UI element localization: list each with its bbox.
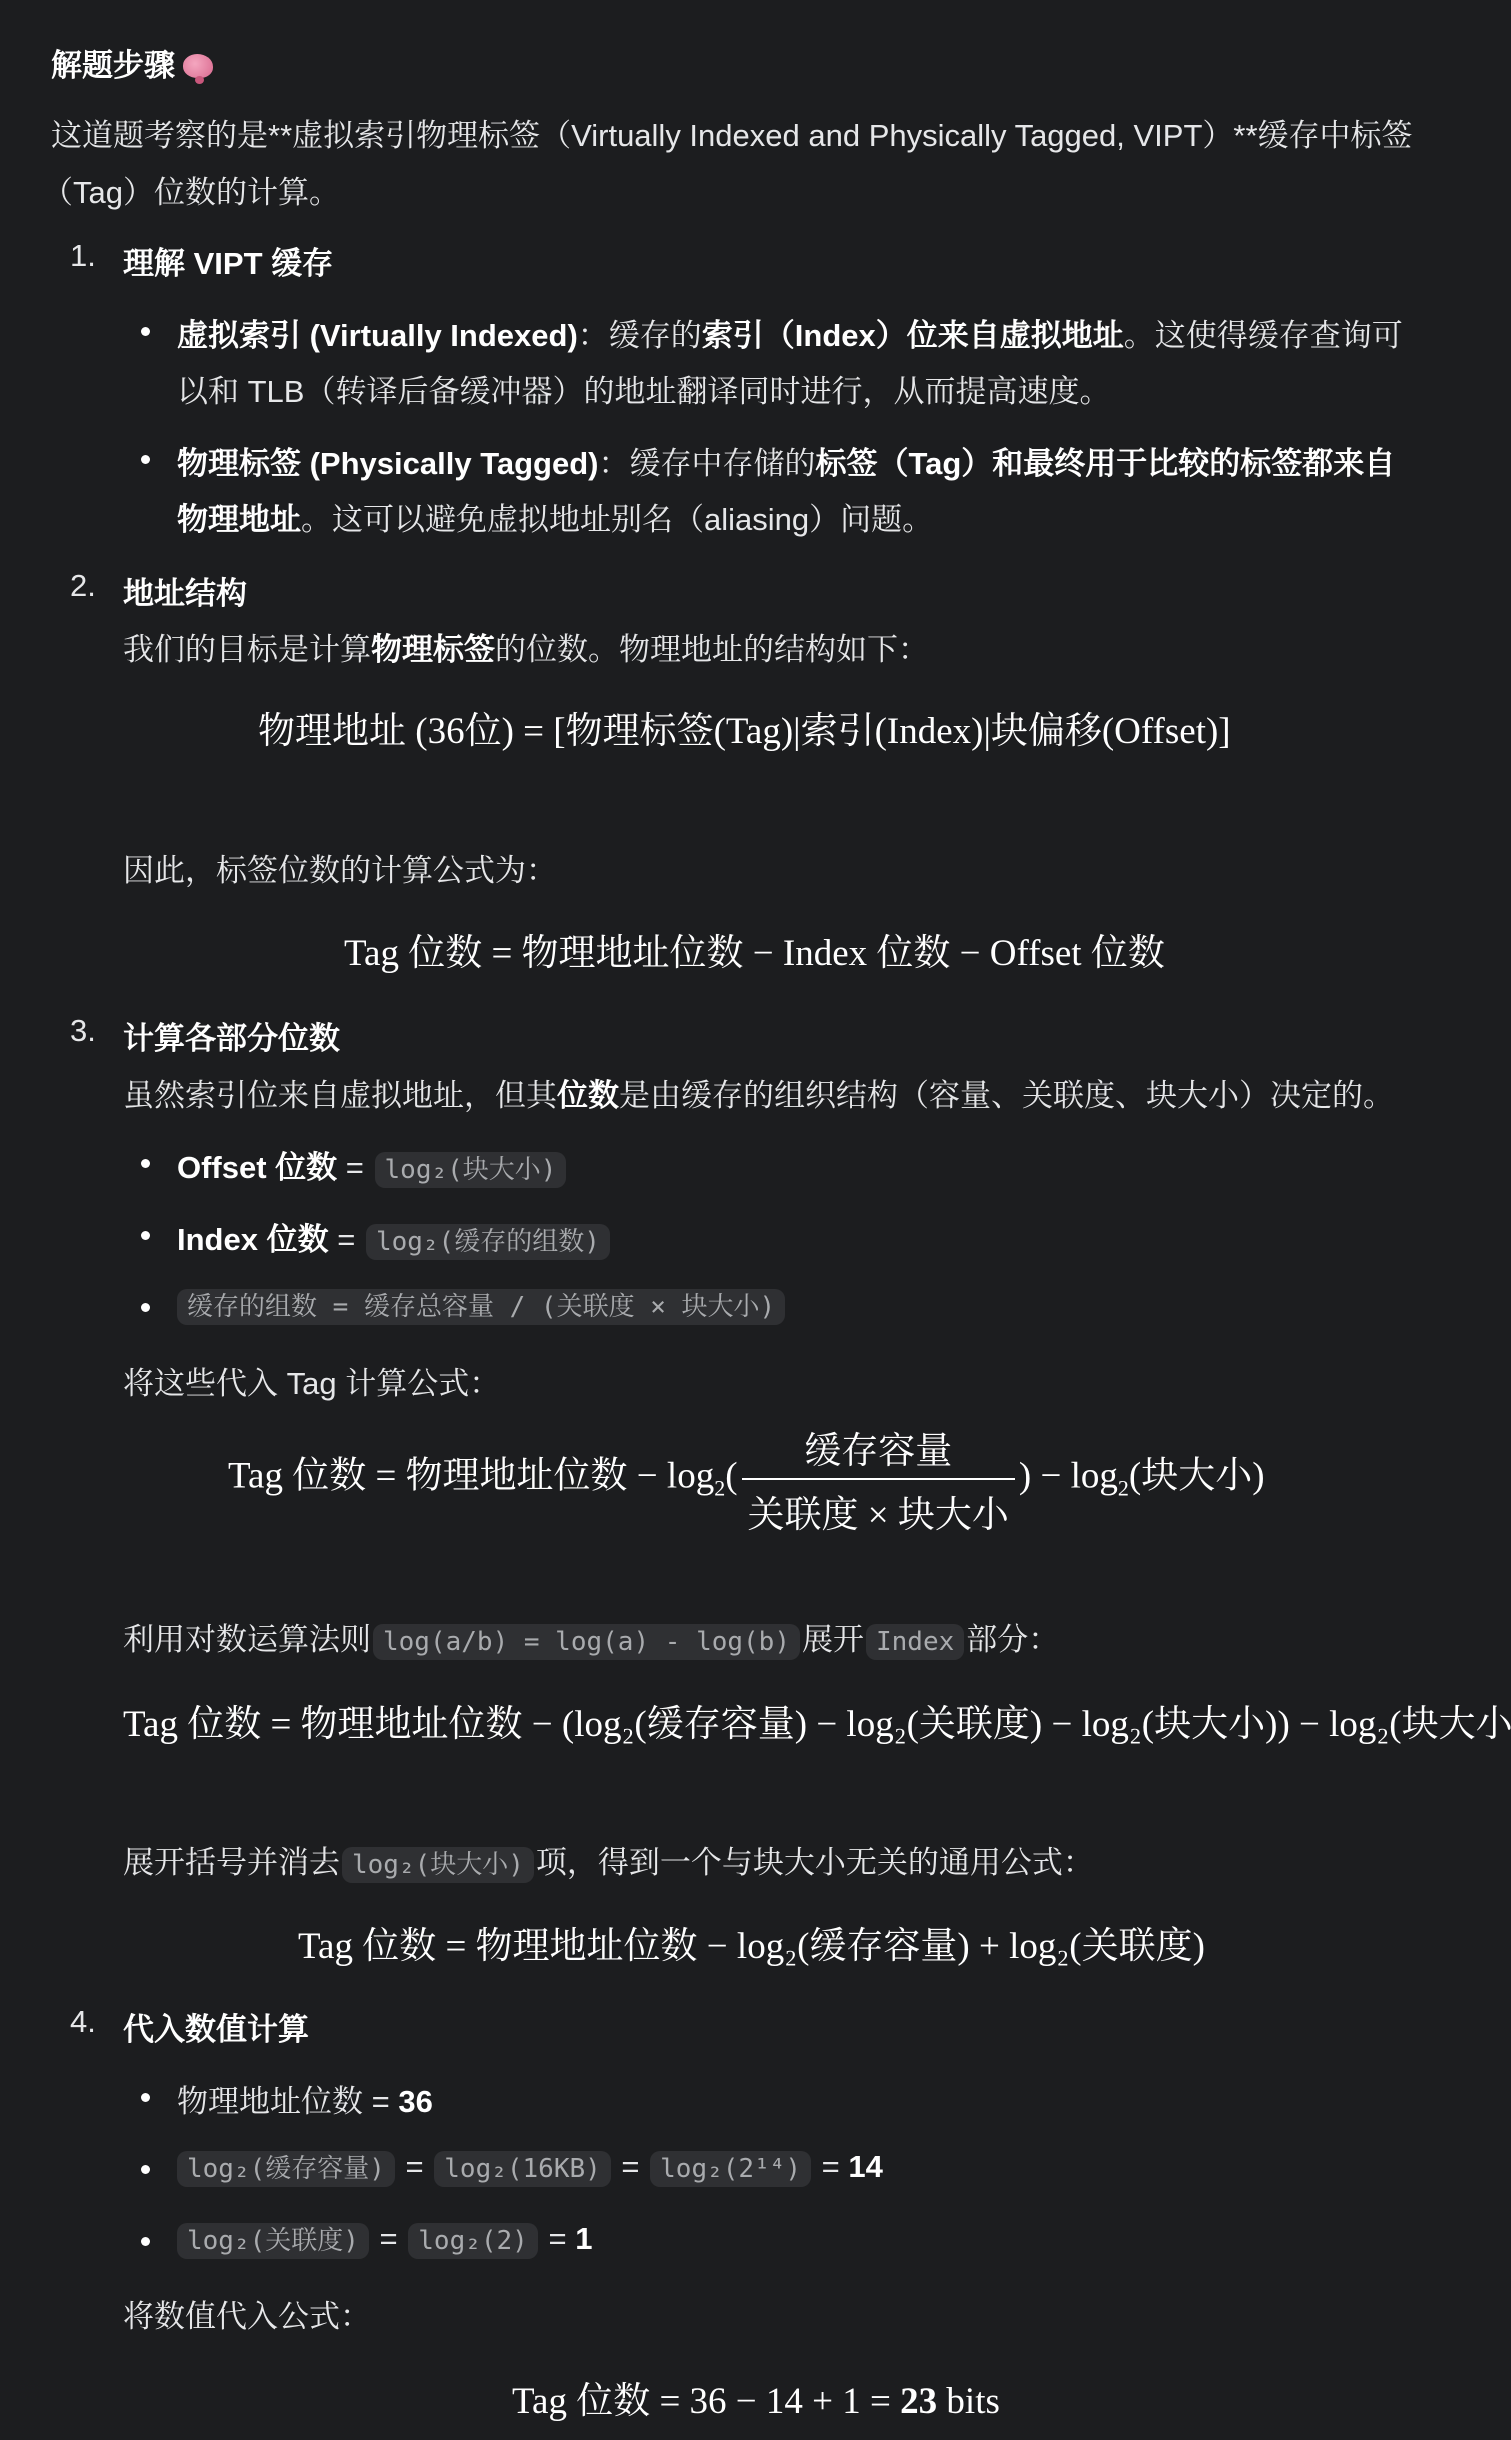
formula-tag-general: Tag 位数 = 物理地址位数 − log₂(缓存容量) + log₂(关联度) xyxy=(298,1915,1205,1969)
paragraph-substitute: 将这些代入 Tag 计算公式： xyxy=(123,1358,500,1403)
bullet-address-bits: 物理地址位数 = 36 xyxy=(177,2076,433,2121)
list-number-3: 3. xyxy=(70,1013,96,1049)
bullet-icon xyxy=(141,2165,150,2174)
formula-tag-fraction: Tag 位数 = 物理地址位数 − log2(缓存容量关联度 × 块大小) − … xyxy=(228,1420,1265,1538)
paragraph-goal: 我们的目标是计算物理标签的位数。物理地址的结构如下： xyxy=(123,624,929,669)
list-number-4: 4. xyxy=(70,2004,96,2040)
heading-compute-bits: 计算各部分位数 xyxy=(123,1013,340,1058)
bullet-icon xyxy=(141,1303,150,1312)
paragraph-index-bits: 虽然索引位来自虚拟地址，但其位数是由缓存的组织结构（容量、关联度、块大小）决定的… xyxy=(123,1070,1394,1115)
paragraph-therefore: 因此，标签位数的计算公式为： xyxy=(123,845,557,890)
bullet-index-bits: Index 位数 = log₂(缓存的组数) xyxy=(177,1214,612,1259)
bullet-icon xyxy=(141,2093,150,2102)
formula-tag-expanded: Tag 位数 = 物理地址位数 − (log₂(缓存容量) − log₂(关联度… xyxy=(123,1693,1511,1747)
list-number-1: 1. xyxy=(70,238,96,274)
formula-final-result: Tag 位数 = 36 − 14 + 1 = 23 bits xyxy=(512,2370,1000,2424)
bullet-icon xyxy=(141,2237,150,2246)
bullet-icon xyxy=(141,455,150,464)
paragraph-plug-in: 将数值代入公式： xyxy=(123,2291,371,2336)
bullet-icon xyxy=(141,1159,150,1168)
bullet-virtually-indexed: 虚拟索引 (Virtually Indexed)：缓存的索引（Index）位来自… xyxy=(177,310,1403,355)
bullet-offset-bits: Offset 位数 = log₂(块大小) xyxy=(177,1142,568,1187)
bullet-capacity-log: log₂(缓存容量) = log₂(16KB) = log₂(2¹⁴) = 14 xyxy=(175,2148,883,2185)
paragraph-log-rule: 利用对数运算法则log(a/b) = log(a) - log(b)展开Inde… xyxy=(123,1614,1059,1659)
heading-address-structure: 地址结构 xyxy=(123,568,247,613)
bullet-sets-formula: 缓存的组数 = 缓存总容量 / (关联度 × 块大小) xyxy=(175,1286,787,1323)
list-number-2: 2. xyxy=(70,568,96,604)
formula-tag-bits: Tag 位数 = 物理地址位数 − Index 位数 − Offset 位数 xyxy=(344,922,1165,976)
bullet-physically-tagged: 物理标签 (Physically Tagged)：缓存中存储的标签（Tag）和最… xyxy=(177,438,1395,483)
brain-icon xyxy=(183,54,213,78)
heading-plug-values: 代入数值计算 xyxy=(123,2004,309,2049)
section-title: 解题步骤 xyxy=(51,40,213,85)
bullet-assoc-log: log₂(关联度) = log₂(2) = 1 xyxy=(175,2220,592,2257)
paragraph-cancel: 展开括号并消去log₂(块大小)项，得到一个与块大小无关的通用公式： xyxy=(123,1837,1094,1882)
heading-understand-vipt: 理解 VIPT 缓存 xyxy=(123,238,333,283)
intro-line-2: （Tag）位数的计算。 xyxy=(42,167,340,212)
bullet-physically-tagged-line2: 物理地址。这可以避免虚拟地址别名（aliasing）问题。 xyxy=(177,494,933,539)
intro-line-1: 这道题考察的是**虚拟索引物理标签（Virtually Indexed and … xyxy=(51,110,1413,155)
bullet-icon xyxy=(141,327,150,336)
bullet-virtually-indexed-line2: 以和 TLB（转译后备缓冲器）的地址翻译同时进行，从而提高速度。 xyxy=(177,366,1110,411)
formula-address-structure: 物理地址 (36位) = [物理标签(Tag)|索引(Index)|块偏移(Of… xyxy=(258,700,1231,754)
bullet-icon xyxy=(141,1231,150,1240)
